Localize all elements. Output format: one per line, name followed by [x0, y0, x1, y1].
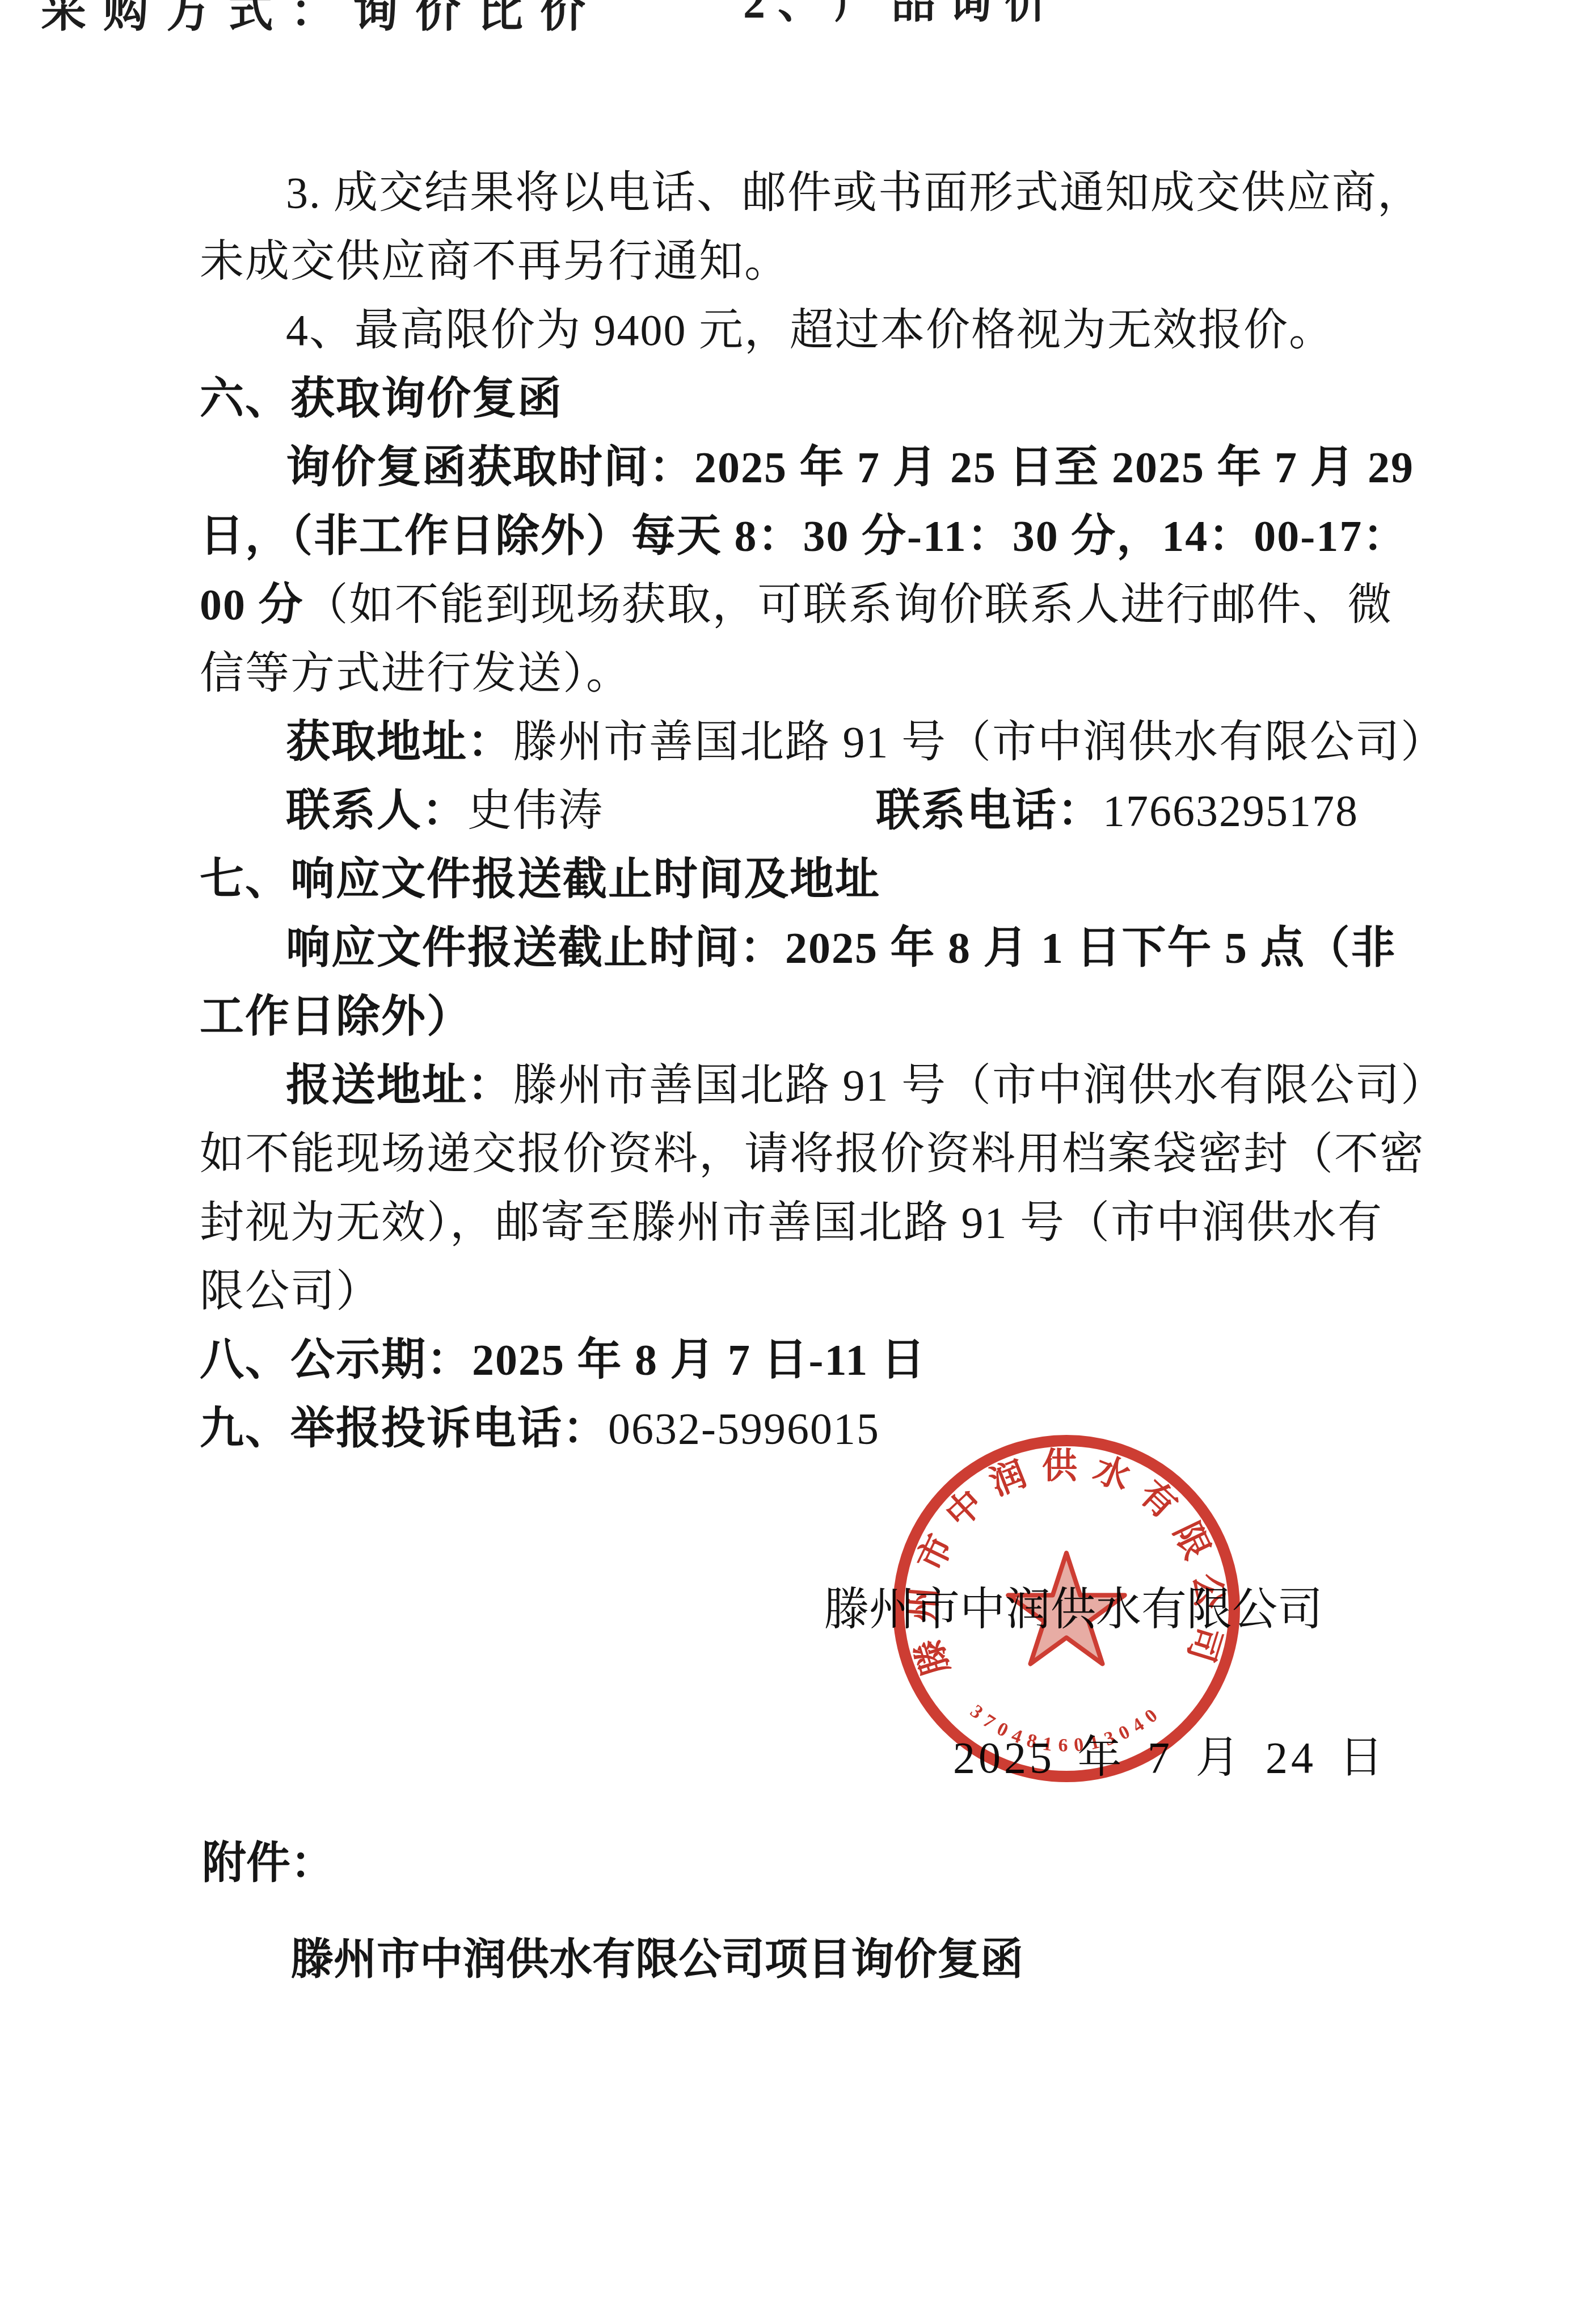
- attachment-label: 附件：: [202, 1828, 335, 1891]
- body-line-3: 4、最高限价为 9400 元，超过本价格视为无效报价。: [200, 296, 1470, 364]
- submit-address-value: 滕州市善国北路 91 号（市中润供水有限公司）: [513, 1060, 1446, 1110]
- complaint-phone-value: 0632-5996015: [608, 1404, 880, 1453]
- contact-phone-value: 17663295178: [1103, 786, 1359, 835]
- top-clipped-text-left: 采购方式：询价比价: [41, 0, 602, 39]
- section-heading-6: 六、获取询价复函: [200, 364, 1470, 433]
- body-line-17: 限公司）: [200, 1257, 1470, 1325]
- text-segment: 七、响应文件报送截止时间及地址: [200, 854, 880, 904]
- section-heading-7: 七、响应文件报送截止时间及地址: [200, 845, 1470, 913]
- body-line-1: 3. 成交结果将以电话、邮件或书面形式通知成交供应商，: [200, 158, 1470, 227]
- body-line-9: 获取地址：滕州市善国北路 91 号（市中润供水有限公司）: [200, 708, 1470, 776]
- complaint-phone-label: 九、举报投诉电话：: [200, 1404, 608, 1453]
- text-segment: 如不能现场递交报价资料，请将报价资料用档案袋密封（不密: [200, 1129, 1425, 1178]
- body-line-15: 如不能现场递交报价资料，请将报价资料用档案袋密封（不密: [200, 1119, 1470, 1188]
- submit-address-label: 报送地址：: [286, 1060, 513, 1110]
- body-line-5: 询价复函获取时间：2025 年 7 月 25 日至 2025 年 7 月 29: [200, 433, 1470, 502]
- text-segment: 限公司）: [200, 1266, 381, 1316]
- body-line-13: 工作日除外）: [200, 982, 1470, 1051]
- body-line-16: 封视为无效），邮寄至滕州市善国北路 91 号（市中润供水有: [200, 1188, 1470, 1257]
- text-segment: 响应文件报送截止时间：2025 年 8 月 1 日下午 5 点（非: [286, 923, 1397, 972]
- text-segment: 3. 成交结果将以电话、邮件或书面形式通知成交供应商，: [286, 168, 1423, 217]
- text-segment: 询价复函获取时间：2025 年 7 月 25 日至 2025 年 7 月 29: [286, 443, 1414, 492]
- section-heading-8: 八、公示期：2025 年 8 月 7 日-11 日: [200, 1325, 1470, 1394]
- obtain-address-value: 滕州市善国北路 91 号（市中润供水有限公司）: [513, 717, 1446, 767]
- body-line-14: 报送地址：滕州市善国北路 91 号（市中润供水有限公司）: [200, 1051, 1470, 1119]
- body-line-12: 响应文件报送截止时间：2025 年 8 月 1 日下午 5 点（非: [200, 913, 1470, 982]
- text-segment: 封视为无效），邮寄至滕州市善国北路 91 号（市中润供水有: [200, 1198, 1383, 1247]
- body-line-2: 未成交供应商不再另行通知。: [200, 227, 1470, 296]
- seal-star-icon: [1008, 1553, 1124, 1664]
- document-page: 采购方式：询价比价 2、产品询价 3. 成交结果将以电话、邮件或书面形式通知成交…: [0, 0, 1590, 2324]
- text-segment: 4、最高限价为 9400 元，超过本价格视为无效报价。: [286, 305, 1334, 355]
- company-seal: 滕州市中润供水有限公司 3704816013040: [882, 1424, 1251, 1793]
- seal-serial-number: 3704816013040: [966, 1701, 1167, 1756]
- text-segment: 工作日除外）: [200, 992, 472, 1041]
- notice-body: 3. 成交结果将以电话、邮件或书面形式通知成交供应商， 未成交供应商不再另行通知…: [200, 158, 1470, 1463]
- contact-person-value: 史伟涛: [467, 786, 604, 835]
- body-line-8: 信等方式进行发送）。: [200, 639, 1470, 708]
- text-segment: 六、获取询价复函: [200, 374, 563, 423]
- body-line-10: 联系人：史伟涛联系电话：17663295178: [200, 776, 1470, 845]
- text-segment: 未成交供应商不再另行通知。: [200, 237, 790, 286]
- contact-phone-label: 联系电话：: [876, 786, 1103, 835]
- attachment-title: 滕州市中润供水有限公司项目询价复函: [290, 1925, 1023, 1986]
- text-segment: 信等方式进行发送）。: [200, 649, 631, 698]
- top-clipped-text-right: 2、产品询价: [743, 0, 1061, 31]
- text-segment: 日，（非工作日除外）每天 8：30 分-11：30 分，14：00-17：: [200, 511, 1408, 561]
- body-line-7: 00 分（如不能到现场获取，可联系询价联系人进行邮件、微: [200, 570, 1470, 639]
- section-heading-9: 九、举报投诉电话：0632-5996015: [200, 1394, 1470, 1463]
- obtain-address-label: 获取地址：: [286, 717, 513, 767]
- text-segment: （如不能到现场获取，可联系询价联系人进行邮件、微: [304, 580, 1393, 629]
- body-line-6: 日，（非工作日除外）每天 8：30 分-11：30 分，14：00-17：: [200, 502, 1470, 570]
- text-segment: 00 分: [200, 580, 304, 629]
- text-segment: 八、公示期：2025 年 8 月 7 日-11 日: [200, 1335, 926, 1384]
- contact-person-label: 联系人：: [286, 786, 467, 835]
